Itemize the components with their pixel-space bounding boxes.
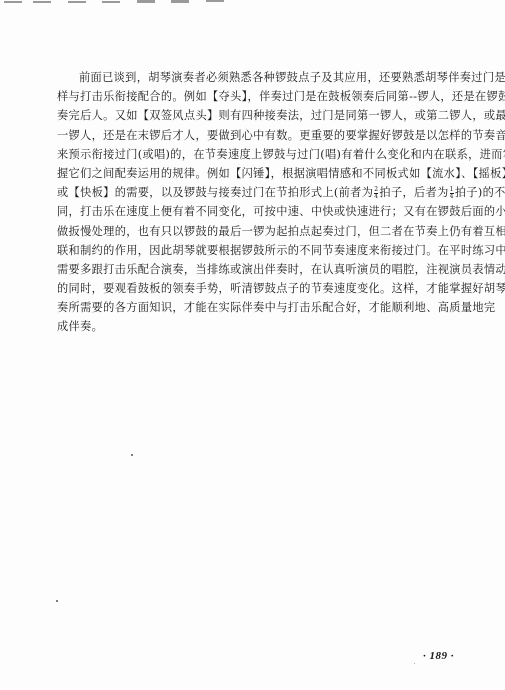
text-line: 需要多跟打击乐配合演奏，当排练或演出伴奏时，在认真听演员的唱腔，注视演员表情动作 — [57, 260, 457, 279]
text-line: 前面已谈到，胡琴演奏者必须熟悉各种锣鼓点子及其应用，还要熟悉胡琴伴奏过门是怎 — [57, 68, 457, 87]
text-segment: 或【快板】的需要，以及锣鼓与接奏过门在节拍形式上(前者为 — [57, 186, 373, 199]
scan-mark — [68, 1, 86, 3]
text-line: 联和制约的作用，因此胡琴就要根据锣鼓所示的不同节奏速度来衔接过门。在平时练习中， — [57, 241, 457, 260]
text-line: 同，打击乐在速度上便有着不同变化，可按中速、中快或快速进行；又有在锣鼓后面的小节 — [57, 202, 457, 221]
text-line: 奏所需要的各方面知识，才能在实际伴奏中与打击乐配合好，才能顺利地、高质量地完 — [57, 298, 457, 317]
body-paragraph: 前面已谈到，胡琴演奏者必须熟悉各种锣鼓点子及其应用，还要熟悉胡琴伴奏过门是怎 样… — [57, 68, 457, 337]
text-line: 来预示衔接过门(或唱)的，在节奏速度上锣鼓与过门(唱)有着什么变化和内在联系，进… — [57, 145, 457, 164]
scan-speck — [414, 663, 415, 664]
text-line: 做扳慢处理的，也有只以锣鼓的最后一锣为起拍点起奏过门，但二者在节奏上仍有着互相关 — [57, 222, 457, 241]
scan-speck — [131, 454, 133, 456]
text-segment: 拍子，后者为 — [379, 186, 448, 199]
text-line: 一锣人，还是在末锣后才人，要做到心中有数。更重要的要掌握好锣鼓是以怎样的节奏音型 — [57, 126, 457, 145]
text-line: 的同时，要观看鼓板的领奏手势，听清锣鼓点子的节奏速度变化。这样，才能掌握好胡琴伴 — [57, 279, 457, 298]
scan-speck — [56, 600, 58, 602]
scan-mark — [33, 1, 51, 3]
text-segment: 拍子)的不 — [455, 186, 505, 199]
scan-mark — [4, 1, 22, 3]
text-line-with-fractions: 或【快板】的需要，以及锣鼓与接奏过门在节拍形式上(前者为24拍子，后者为14拍子… — [57, 183, 457, 202]
scan-mark — [171, 0, 189, 3]
page-number: · 189 · — [423, 650, 454, 662]
scan-edge-marks — [0, 0, 240, 4]
text-line-final: 成伴奏。 — [57, 317, 457, 336]
scan-mark — [137, 0, 155, 3]
fraction-one-four: 14 — [450, 187, 454, 200]
fraction-two-four: 24 — [374, 187, 378, 200]
text-line: 样与打击乐衔接配合的。例如【夺头】，伴奏过门是在鼓板领奏后同第--锣人，还是在锣… — [57, 87, 457, 106]
scan-mark — [206, 0, 224, 2]
text-line: 奏完后人。又如【双签风点头】则有四种接奏法，过门是同第一锣人，或第二锣人，或最后 — [57, 106, 457, 125]
text-line: 握它们之间配奏运用的规律。例如【闪锤】，根据演唱情感和不同板式如【流水】、【摇板… — [57, 164, 457, 183]
scan-mark — [102, 1, 120, 3]
